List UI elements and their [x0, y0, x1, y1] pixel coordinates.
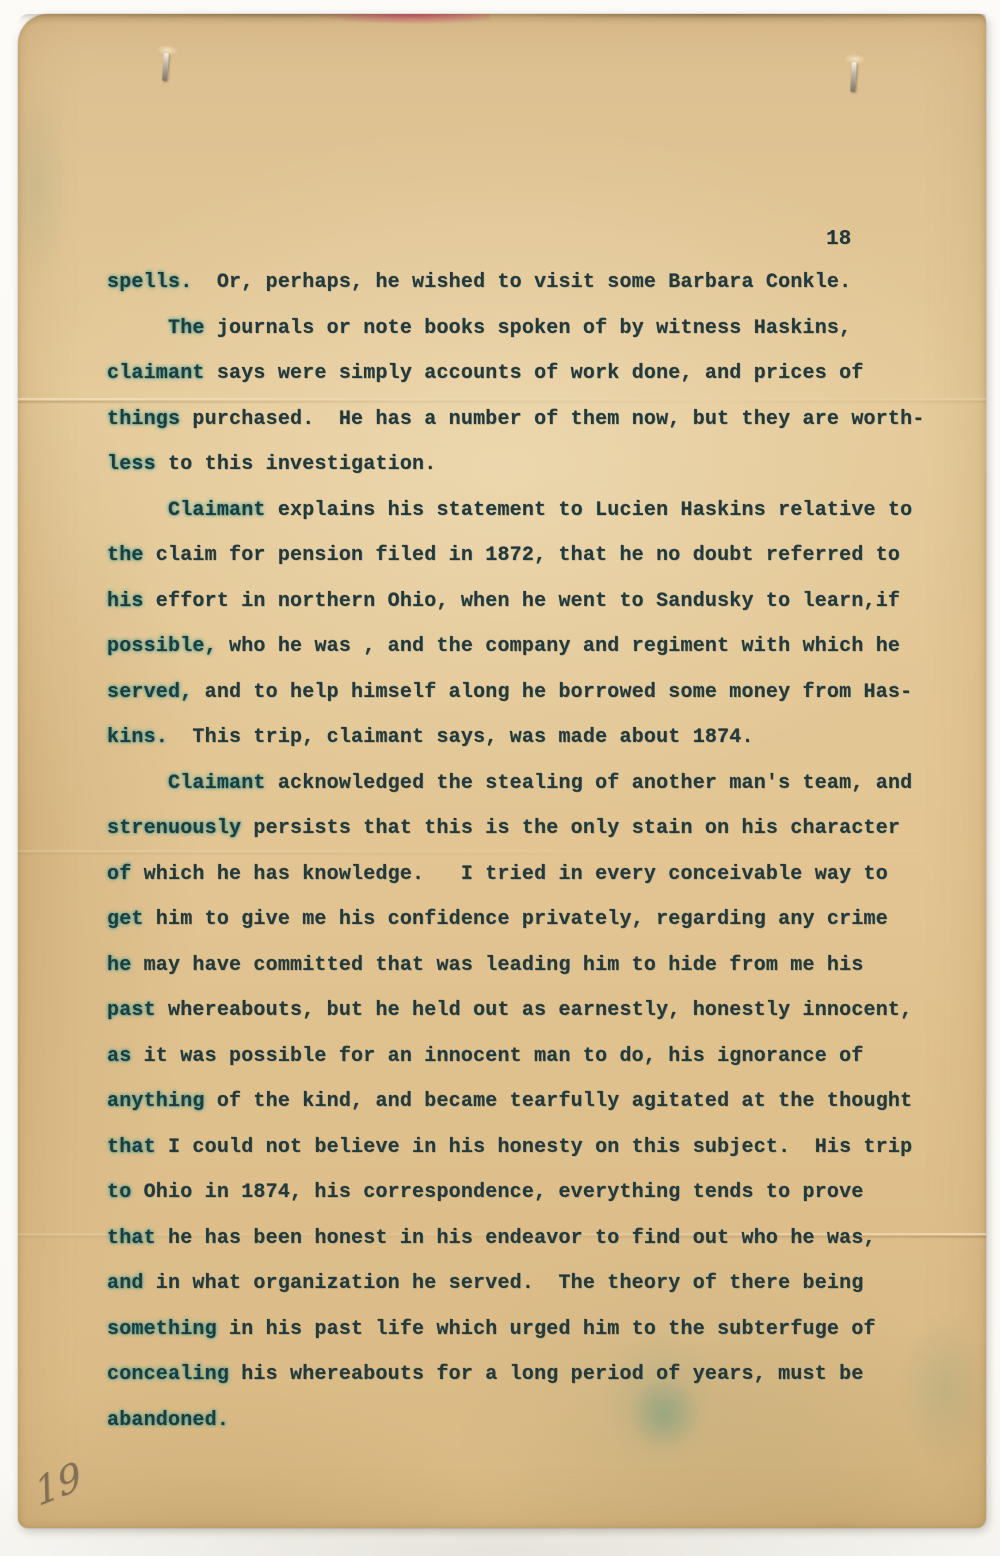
typed-line: abandoned.	[107, 1398, 937, 1444]
paper-torn-top-edge	[18, 14, 986, 24]
typed-line: the claim for pension filed in 1872, tha…	[107, 533, 937, 579]
staple-top-left	[162, 53, 169, 81]
line-first-word: kins.	[107, 726, 168, 749]
typed-line: The journals or note books spoken of by …	[107, 306, 937, 352]
page-number: 18	[826, 228, 851, 251]
line-first-word: claimant	[107, 362, 205, 385]
typed-line: and in what organization he served. The …	[107, 1261, 937, 1307]
line-first-word: Claimant	[168, 772, 266, 795]
typed-line: that I could not believe in his honesty …	[107, 1125, 937, 1171]
typed-line: Claimant explains his statement to Lucie…	[107, 488, 937, 534]
green-aging-stain-left	[18, 74, 88, 354]
typed-line: Claimant acknowledged the stealing of an…	[107, 761, 937, 807]
typed-line: get him to give me his confidence privat…	[107, 897, 937, 943]
typed-line: he may have committed that was leading h…	[107, 943, 937, 989]
line-first-word: spells.	[107, 271, 192, 294]
handwritten-page-number: 19	[31, 1453, 85, 1515]
line-first-word: that	[107, 1227, 156, 1250]
line-first-word: his	[107, 590, 144, 613]
typed-line: to Ohio in 1874, his correspondence, eve…	[107, 1170, 937, 1216]
typed-line: past whereabouts, but he held out as ear…	[107, 988, 937, 1034]
scanner-background: 18 spells. Or, perhaps, he wished to vis…	[0, 0, 1000, 1556]
typed-line: that he has been honest in his endeavor …	[107, 1216, 937, 1262]
typed-line: served, and to help himself along he bor…	[107, 670, 937, 716]
line-first-word: that	[107, 1136, 156, 1159]
typed-line: concealing his whereabouts for a long pe…	[107, 1352, 937, 1398]
line-first-word: to	[107, 1181, 131, 1204]
typed-text: spells. Or, perhaps, he wished to visit …	[107, 260, 937, 1443]
typed-line: possible, who he was , and the company a…	[107, 624, 937, 670]
line-first-word: Claimant	[168, 499, 266, 522]
line-first-word: less	[107, 453, 156, 476]
line-first-word: of	[107, 863, 131, 886]
typed-line: claimant says were simply accounts of wo…	[107, 351, 937, 397]
typed-line: strenuously persists that this is the on…	[107, 806, 937, 852]
line-first-word: as	[107, 1045, 131, 1068]
line-first-word: concealing	[107, 1363, 229, 1386]
staple-top-right	[850, 62, 857, 92]
typed-line: things purchased. He has a number of the…	[107, 397, 937, 443]
line-first-word: things	[107, 408, 180, 431]
line-first-word: The	[168, 317, 205, 340]
typed-line: his effort in northern Ohio, when he wen…	[107, 579, 937, 625]
paper-sheet: 18 spells. Or, perhaps, he wished to vis…	[18, 14, 986, 1528]
line-first-word: the	[107, 544, 144, 567]
typed-line: kins. This trip, claimant says, was made…	[107, 715, 937, 761]
line-first-word: past	[107, 999, 156, 1022]
line-first-word: strenuously	[107, 817, 241, 840]
typed-line: anything of the kind, and became tearful…	[107, 1079, 937, 1125]
line-first-word: possible,	[107, 635, 217, 658]
line-first-word: he	[107, 954, 131, 977]
typed-line: less to this investigation.	[107, 442, 937, 488]
line-first-word: abandoned.	[107, 1409, 229, 1432]
line-first-word: and	[107, 1272, 144, 1295]
typed-line: something in his past life which urged h…	[107, 1307, 937, 1353]
line-first-word: get	[107, 908, 144, 931]
typed-line: of which he has knowledge. I tried in ev…	[107, 852, 937, 898]
line-first-word: something	[107, 1318, 217, 1341]
typed-line: spells. Or, perhaps, he wished to visit …	[107, 260, 937, 306]
typed-line: as it was possible for an innocent man t…	[107, 1034, 937, 1080]
line-first-word: served,	[107, 681, 192, 704]
line-first-word: anything	[107, 1090, 205, 1113]
